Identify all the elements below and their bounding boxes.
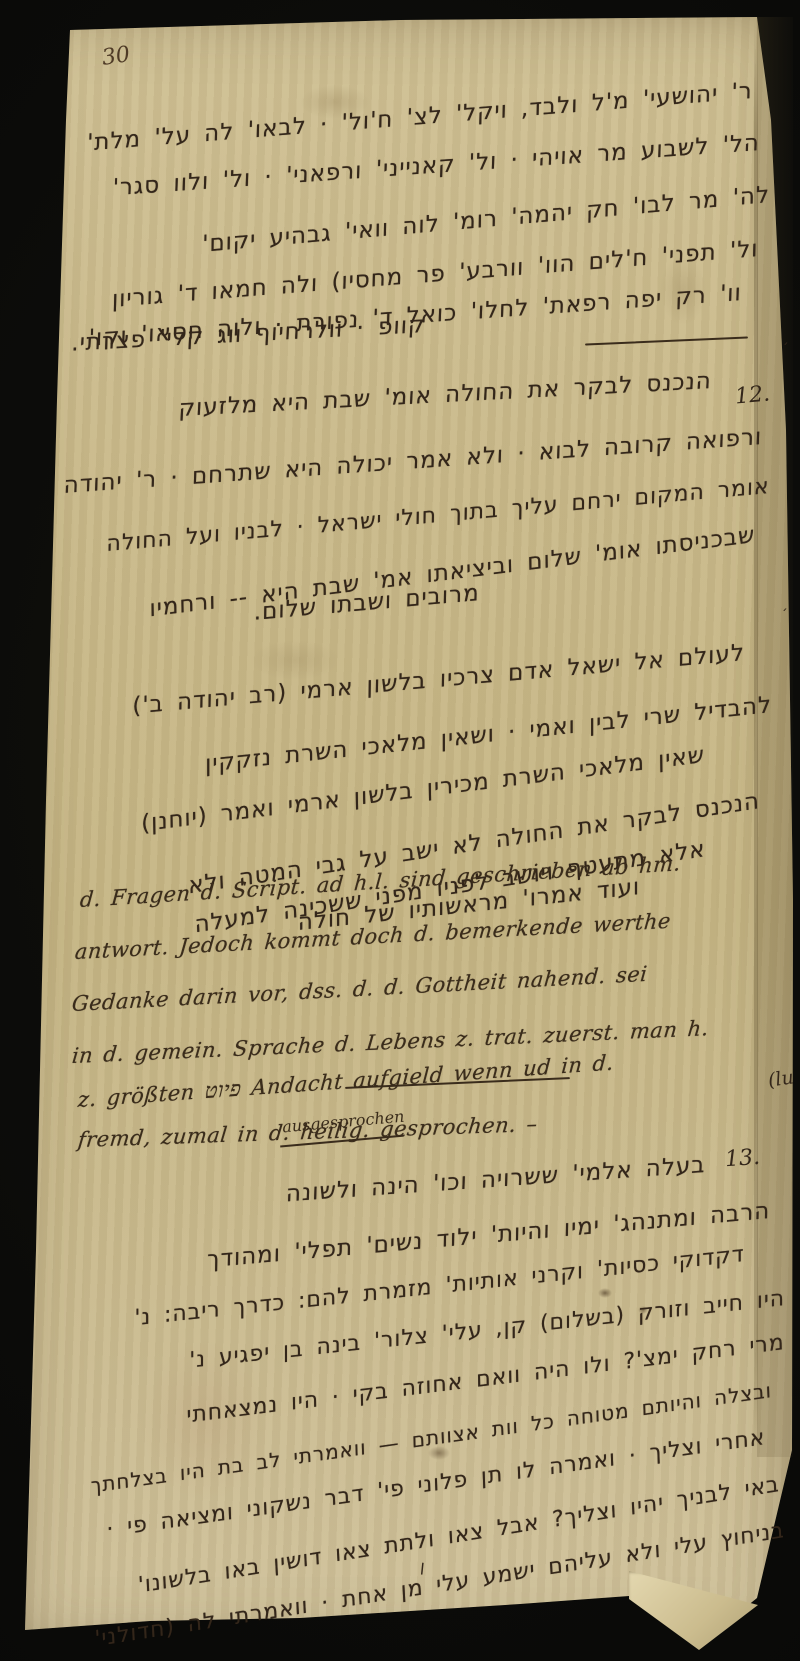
marginal-mark: (lu	[767, 1066, 796, 1091]
section-number-12: 12.	[734, 382, 771, 410]
edge-tick: ׳	[783, 338, 789, 354]
scanned-manuscript-view: 30 ר' יהושעי' מ'ל ולבד, ויקל' לצ' ח'ול' …	[0, 0, 800, 1661]
page-edge-shading	[757, 17, 793, 1457]
section-number-13: 13.	[724, 1145, 761, 1172]
folio-number: 30	[100, 42, 131, 71]
edge-tick: ׳	[782, 604, 788, 620]
